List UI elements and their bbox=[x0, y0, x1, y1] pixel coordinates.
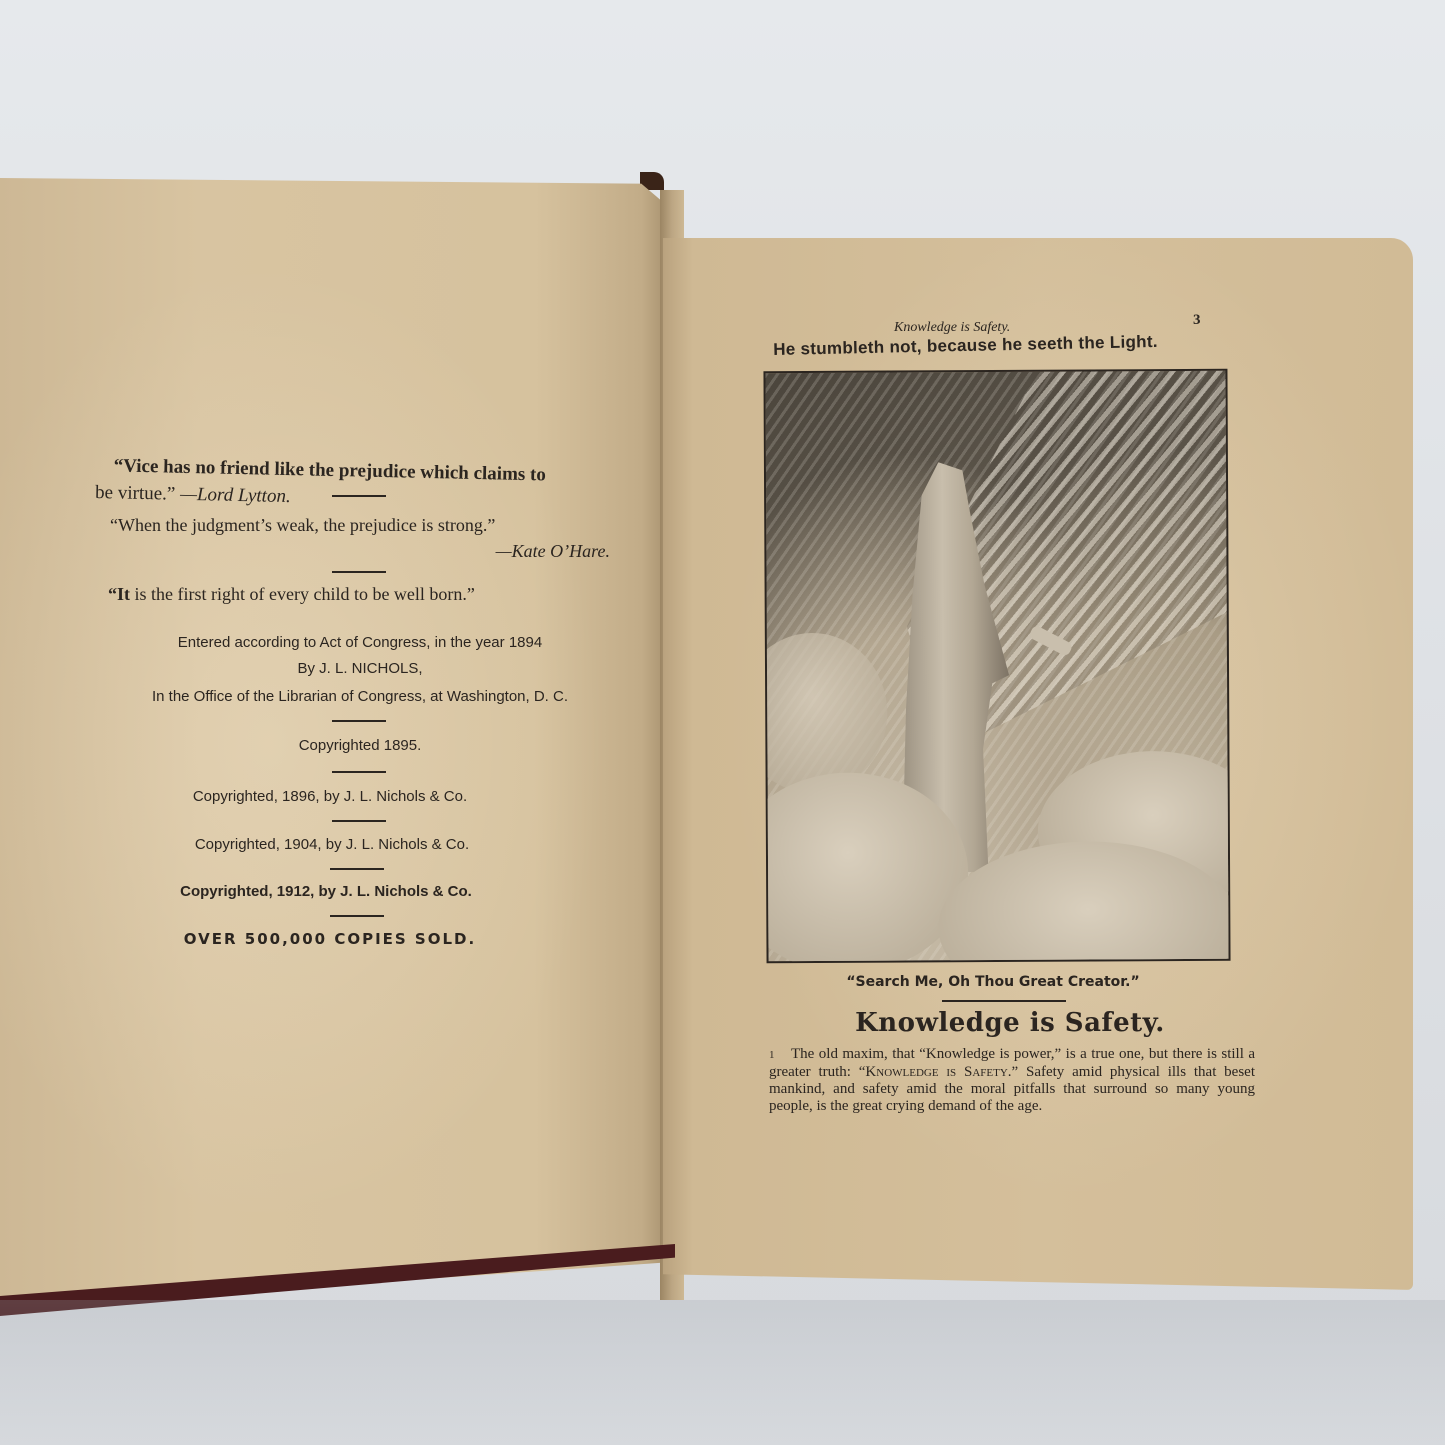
copies-sold: OVER 500,000 COPIES SOLD. bbox=[60, 930, 600, 948]
quote-text: “When the judgment’s weak, the prejudice… bbox=[100, 512, 610, 538]
body-paragraph: 1The old maxim, that “Knowledge is power… bbox=[769, 1046, 1255, 1115]
divider-rule bbox=[332, 495, 386, 497]
page-number: 3 bbox=[1193, 312, 1201, 329]
quote-lord-lytton: “Vice has no friend like the prejudice w… bbox=[95, 452, 616, 517]
divider-rule bbox=[330, 915, 384, 917]
cloud bbox=[763, 633, 887, 794]
surface-shadow bbox=[0, 1300, 1445, 1445]
paragraph-small-caps: Knowledge is Safety. bbox=[865, 1064, 1011, 1080]
quote-lead: “It bbox=[108, 584, 130, 604]
running-head: Knowledge is Safety. bbox=[894, 320, 1010, 336]
engraving-illustration bbox=[763, 369, 1230, 963]
office-line: In the Office of the Librarian of Congre… bbox=[90, 688, 630, 705]
quote-text: is the first right of every child to be … bbox=[130, 584, 475, 604]
quote-text-cont: be virtue.” bbox=[95, 482, 176, 505]
divider-rule bbox=[332, 820, 386, 822]
paragraph-number: 1 bbox=[769, 1047, 791, 1064]
divider-rule bbox=[330, 868, 384, 870]
illustration-caption: “Search Me, Oh Thou Great Creator.” bbox=[793, 974, 1193, 990]
copyright-1904: Copyrighted, 1904, by J. L. Nichols & Co… bbox=[62, 836, 602, 853]
section-title: Knowledge is Safety. bbox=[760, 1008, 1260, 1038]
quote-attribution: —Lord Lytton. bbox=[180, 484, 291, 507]
quote-kate-ohare: “When the judgment’s weak, the prejudice… bbox=[100, 512, 610, 564]
entered-notice: Entered according to Act of Congress, in… bbox=[90, 634, 630, 651]
copyright-1896: Copyrighted, 1896, by J. L. Nichols & Co… bbox=[60, 788, 600, 805]
divider-rule bbox=[332, 571, 386, 573]
quote-well-born: “It is the first right of every child to… bbox=[108, 584, 628, 605]
author-line: By J. L. NICHOLS, bbox=[90, 660, 630, 677]
divider-rule bbox=[332, 720, 386, 722]
copyright-1912: Copyrighted, 1912, by J. L. Nichols & Co… bbox=[56, 883, 596, 900]
divider-rule bbox=[942, 1000, 1066, 1002]
copyright-1895: Copyrighted 1895. bbox=[90, 737, 630, 754]
quote-attribution: —Kate O’Hare. bbox=[496, 541, 610, 561]
photo-scene: “Vice has no friend like the prejudice w… bbox=[0, 0, 1445, 1445]
divider-rule bbox=[332, 771, 386, 773]
